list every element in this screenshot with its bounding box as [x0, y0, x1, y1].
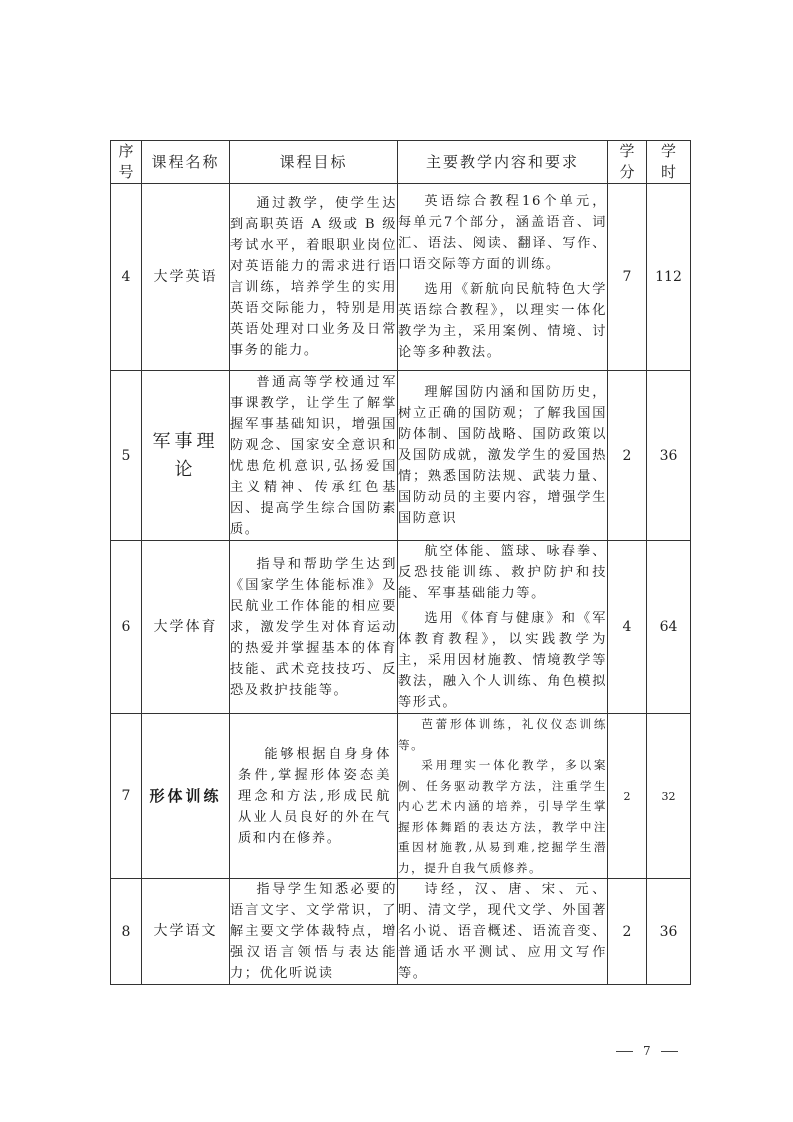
course-name: 大学体育: [142, 541, 230, 714]
document-page: 序 号 课程名称 课程目标 主要教学内容和要求 学 分 学 时 4 大学英语 通…: [0, 0, 793, 1122]
course-hours: 112: [647, 184, 691, 371]
course-content: 芭蕾形体训练，礼仪仪态训练等。 采用理实一体化教学，多以案例、任务驱动教学方法，…: [398, 714, 608, 879]
course-credit: 7: [608, 184, 647, 371]
header-credit: 学 分: [608, 141, 647, 184]
course-goal: 指导学生知悉必要的语言文字、文学常识，了解主要文学体裁特点，增强汉语言领悟与表达…: [230, 879, 398, 985]
row-number: 5: [111, 371, 142, 541]
course-hours: 64: [647, 541, 691, 714]
course-content: 理解国防内涵和国防历史，树立正确的国防观；了解我国国防体制、国防战略、国防政策以…: [398, 371, 608, 541]
course-name: 军事理论: [142, 371, 230, 541]
header-content: 主要教学内容和要求: [398, 141, 608, 184]
course-credit: 4: [608, 541, 647, 714]
course-goal: 通过教学，使学生达到高职英语 A 级或 B 级考试水平，着眼职业岗位对英语能力的…: [230, 184, 398, 371]
row-number: 7: [111, 714, 142, 879]
table-row: 4 大学英语 通过教学，使学生达到高职英语 A 级或 B 级考试水平，着眼职业岗…: [111, 184, 691, 371]
course-credit: 2: [608, 714, 647, 879]
course-hours: 36: [647, 371, 691, 541]
row-number: 4: [111, 184, 142, 371]
header-no: 序 号: [111, 141, 142, 184]
table-row: 8 大学语文 指导学生知悉必要的语言文字、文学常识，了解主要文学体裁特点，增强汉…: [111, 879, 691, 985]
dash-left: [616, 1051, 633, 1052]
header-hours: 学 时: [647, 141, 691, 184]
course-goal: 普通高等学校通过军事课教学，让学生了解掌握军事基础知识，增强国防观念、国家安全意…: [230, 371, 398, 541]
course-name: 大学英语: [142, 184, 230, 371]
course-content: 诗经，汉、唐、宋、元、明、清文学，现代文学、外国著名小说、语音概述、语流音变、普…: [398, 879, 608, 985]
course-goal: 指导和帮助学生达到《国家学生体能标准》及民航业工作体能的相应要求，激发学生对体育…: [230, 541, 398, 714]
table-header-row: 序 号 课程名称 课程目标 主要教学内容和要求 学 分 学 时: [111, 141, 691, 184]
course-hours: 36: [647, 879, 691, 985]
table-row: 5 军事理论 普通高等学校通过军事课教学，让学生了解掌握军事基础知识，增强国防观…: [111, 371, 691, 541]
course-table: 序 号 课程名称 课程目标 主要教学内容和要求 学 分 学 时 4 大学英语 通…: [110, 140, 691, 985]
page-number: 7: [616, 1044, 678, 1058]
table-row: 7 形体训练 能够根据自身身体条件,掌握形体姿态美理念和方法,形成民航从业人员良…: [111, 714, 691, 879]
course-name: 大学语文: [142, 879, 230, 985]
course-content: 航空体能、篮球、咏春拳、反恐技能训练、救护防护和技能、军事基础能力等。 选用《体…: [398, 541, 608, 714]
course-credit: 2: [608, 879, 647, 985]
dash-right: [661, 1051, 678, 1052]
row-number: 6: [111, 541, 142, 714]
header-name: 课程名称: [142, 141, 230, 184]
table-row: 6 大学体育 指导和帮助学生达到《国家学生体能标准》及民航业工作体能的相应要求，…: [111, 541, 691, 714]
course-content: 英语综合教程16个单元，每单元7个部分，涵盖语音、词汇、语法、阅读、翻译、写作、…: [398, 184, 608, 371]
course-credit: 2: [608, 371, 647, 541]
course-hours: 32: [647, 714, 691, 879]
row-number: 8: [111, 879, 142, 985]
course-goal: 能够根据自身身体条件,掌握形体姿态美理念和方法,形成民航从业人员良好的外在气质和…: [230, 714, 398, 879]
course-name: 形体训练: [142, 714, 230, 879]
header-goal: 课程目标: [230, 141, 398, 184]
